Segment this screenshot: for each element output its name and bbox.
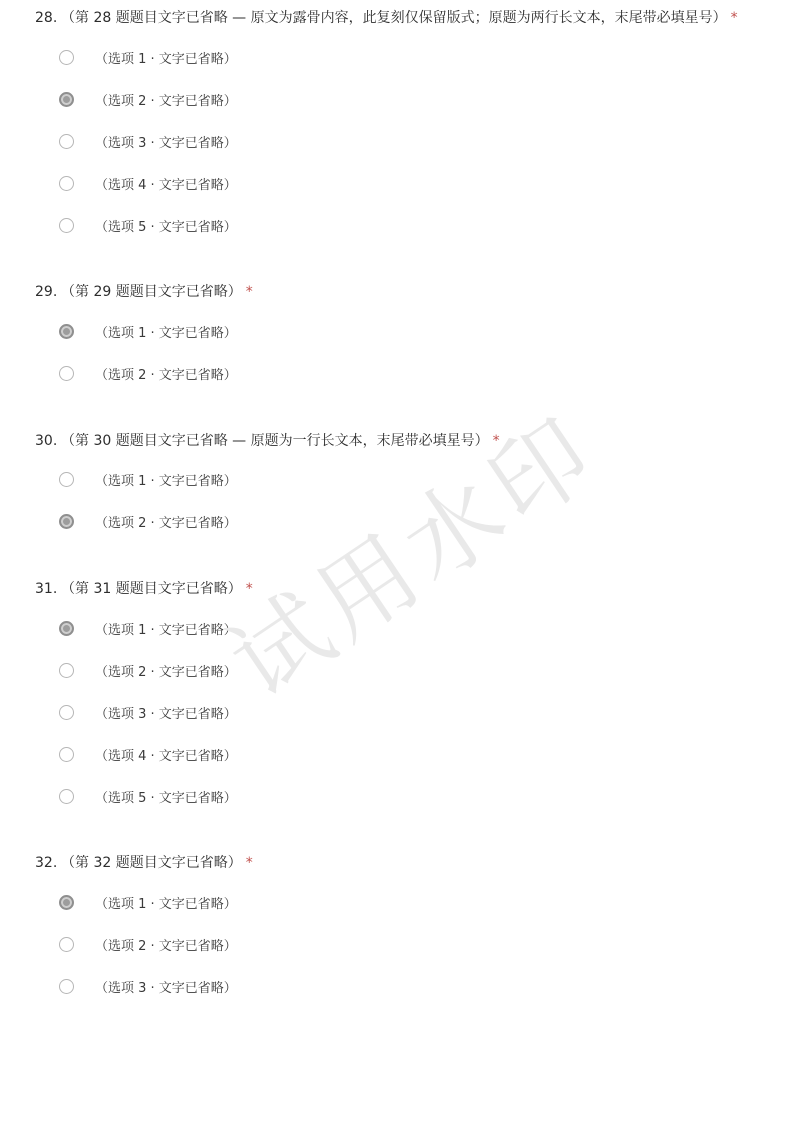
option-list: （选项 1 · 文字已省略）（选项 2 · 文字已省略）	[35, 311, 748, 395]
radio-option[interactable]: （选项 1 · 文字已省略）	[35, 36, 748, 78]
option-label: （选项 5 · 文字已省略）	[95, 787, 237, 806]
question-block: 28.（第 28 题题目文字已省略 — 原文为露骨内容，此复刻仅保留版式；原题为…	[35, 8, 748, 246]
radio-option[interactable]: （选项 5 · 文字已省略）	[35, 775, 748, 817]
survey-question-list: 28.（第 28 题题目文字已省略 — 原文为露骨内容，此复刻仅保留版式；原题为…	[0, 0, 793, 1007]
option-label: （选项 3 · 文字已省略）	[95, 977, 237, 996]
radio-option[interactable]: （选项 5 · 文字已省略）	[35, 204, 748, 246]
radio-option[interactable]: （选项 4 · 文字已省略）	[35, 733, 748, 775]
question-title: 30.（第 30 题题目文字已省略 — 原题为一行长文本，末尾带必填星号）*	[35, 431, 748, 451]
required-asterisk: *	[731, 10, 738, 26]
option-label: （选项 4 · 文字已省略）	[95, 174, 237, 193]
option-list: （选项 1 · 文字已省略）（选项 2 · 文字已省略）（选项 3 · 文字已省…	[35, 36, 748, 246]
question-block: 31.（第 31 题题目文字已省略）*（选项 1 · 文字已省略）（选项 2 ·…	[35, 579, 748, 817]
question-text: （第 31 题题目文字已省略）*	[61, 579, 748, 599]
radio-option[interactable]: （选项 4 · 文字已省略）	[35, 162, 748, 204]
radio-option[interactable]: （选项 2 · 文字已省略）	[35, 353, 748, 395]
question-text: （第 28 题题目文字已省略 — 原文为露骨内容，此复刻仅保留版式；原题为两行长…	[61, 8, 748, 28]
radio-button[interactable]	[59, 50, 74, 65]
option-label: （选项 2 · 文字已省略）	[95, 661, 237, 680]
option-list: （选项 1 · 文字已省略）（选项 2 · 文字已省略）（选项 3 · 文字已省…	[35, 607, 748, 817]
radio-option[interactable]: （选项 2 · 文字已省略）	[35, 501, 748, 543]
question-number: 32.	[35, 853, 61, 873]
option-label: （选项 4 · 文字已省略）	[95, 745, 237, 764]
radio-option[interactable]: （选项 1 · 文字已省略）	[35, 459, 748, 501]
radio-button[interactable]	[59, 176, 74, 191]
question-number: 29.	[35, 282, 61, 302]
question-title: 28.（第 28 题题目文字已省略 — 原文为露骨内容，此复刻仅保留版式；原题为…	[35, 8, 748, 28]
question-text: （第 29 题题目文字已省略）*	[61, 282, 748, 302]
question-block: 29.（第 29 题题目文字已省略）*（选项 1 · 文字已省略）（选项 2 ·…	[35, 282, 748, 394]
option-label: （选项 1 · 文字已省略）	[95, 893, 237, 912]
question-text: （第 30 题题目文字已省略 — 原题为一行长文本，末尾带必填星号）*	[61, 431, 748, 451]
option-label: （选项 1 · 文字已省略）	[95, 322, 237, 341]
option-label: （选项 3 · 文字已省略）	[95, 703, 237, 722]
radio-button-selected[interactable]	[59, 92, 74, 107]
option-label: （选项 2 · 文字已省略）	[95, 935, 237, 954]
question-number: 28.	[35, 8, 61, 28]
option-label: （选项 2 · 文字已省略）	[95, 364, 237, 383]
radio-option[interactable]: （选项 1 · 文字已省略）	[35, 311, 748, 353]
required-asterisk: *	[493, 433, 500, 449]
radio-option[interactable]: （选项 3 · 文字已省略）	[35, 120, 748, 162]
radio-option[interactable]: （选项 2 · 文字已省略）	[35, 923, 748, 965]
option-label: （选项 2 · 文字已省略）	[95, 512, 237, 531]
question-number: 30.	[35, 431, 61, 451]
radio-option[interactable]: （选项 3 · 文字已省略）	[35, 965, 748, 1007]
radio-button[interactable]	[59, 663, 74, 678]
question-block: 32.（第 32 题题目文字已省略）*（选项 1 · 文字已省略）（选项 2 ·…	[35, 853, 748, 1007]
radio-button[interactable]	[59, 472, 74, 487]
radio-option[interactable]: （选项 2 · 文字已省略）	[35, 78, 748, 120]
radio-button-selected[interactable]	[59, 895, 74, 910]
question-number: 31.	[35, 579, 61, 599]
option-label: （选项 1 · 文字已省略）	[95, 470, 237, 489]
option-label: （选项 1 · 文字已省略）	[95, 619, 237, 638]
radio-button-selected[interactable]	[59, 514, 74, 529]
radio-option[interactable]: （选项 1 · 文字已省略）	[35, 881, 748, 923]
option-label: （选项 1 · 文字已省略）	[95, 48, 237, 67]
option-list: （选项 1 · 文字已省略）（选项 2 · 文字已省略）	[35, 459, 748, 543]
radio-button-selected[interactable]	[59, 324, 74, 339]
question-title: 31.（第 31 题题目文字已省略）*	[35, 579, 748, 599]
required-asterisk: *	[246, 581, 253, 597]
radio-button[interactable]	[59, 747, 74, 762]
question-title: 29.（第 29 题题目文字已省略）*	[35, 282, 748, 302]
question-block: 30.（第 30 题题目文字已省略 — 原题为一行长文本，末尾带必填星号）*（选…	[35, 431, 748, 543]
question-title: 32.（第 32 题题目文字已省略）*	[35, 853, 748, 873]
question-text: （第 32 题题目文字已省略）*	[61, 853, 748, 873]
radio-option[interactable]: （选项 2 · 文字已省略）	[35, 649, 748, 691]
radio-button[interactable]	[59, 979, 74, 994]
radio-button[interactable]	[59, 789, 74, 804]
radio-button[interactable]	[59, 366, 74, 381]
radio-option[interactable]: （选项 3 · 文字已省略）	[35, 691, 748, 733]
radio-button[interactable]	[59, 705, 74, 720]
required-asterisk: *	[246, 284, 253, 300]
option-label: （选项 3 · 文字已省略）	[95, 132, 237, 151]
radio-button-selected[interactable]	[59, 621, 74, 636]
required-asterisk: *	[246, 855, 253, 871]
radio-button[interactable]	[59, 937, 74, 952]
option-list: （选项 1 · 文字已省略）（选项 2 · 文字已省略）（选项 3 · 文字已省…	[35, 881, 748, 1007]
option-label: （选项 5 · 文字已省略）	[95, 216, 237, 235]
radio-button[interactable]	[59, 134, 74, 149]
option-label: （选项 2 · 文字已省略）	[95, 90, 237, 109]
radio-button[interactable]	[59, 218, 74, 233]
radio-option[interactable]: （选项 1 · 文字已省略）	[35, 607, 748, 649]
